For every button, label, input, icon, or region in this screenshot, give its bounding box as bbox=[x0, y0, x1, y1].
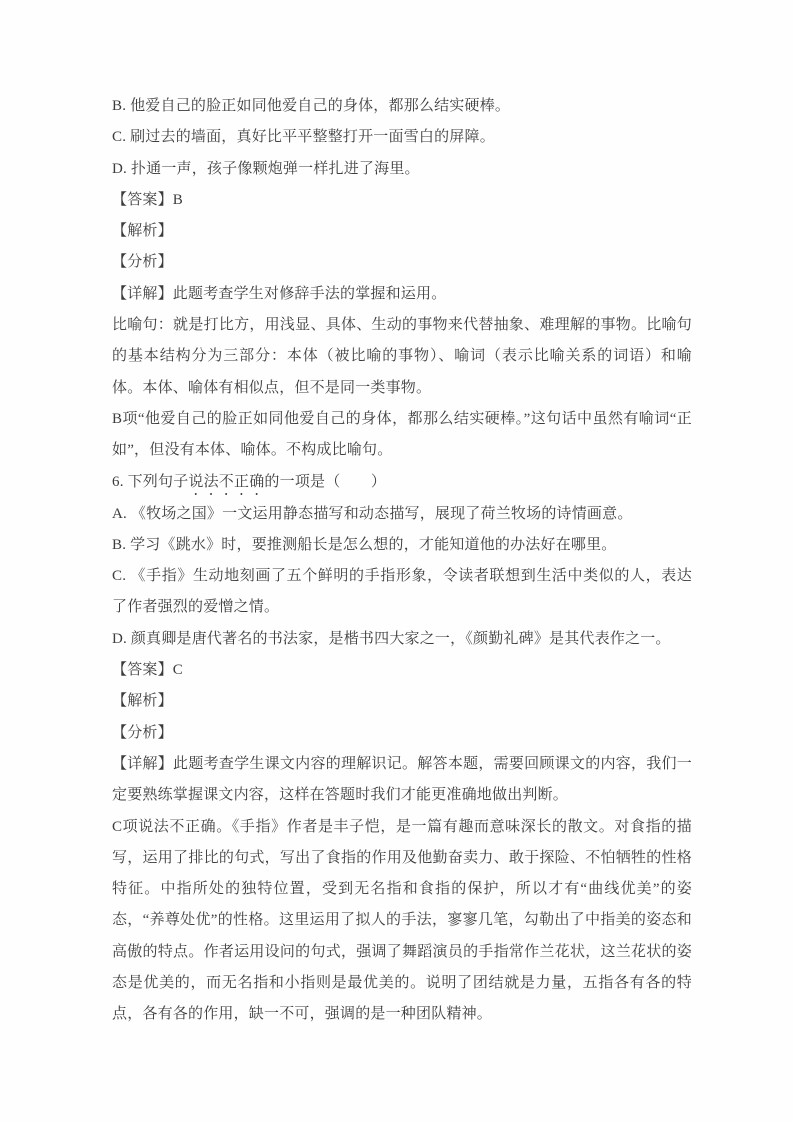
q5-fenxi-label: 【分析】 bbox=[112, 247, 692, 278]
q5-option-b: B. 他爱自己的脸正如同他爱自己的身体，都那么结实硬棒。 bbox=[112, 91, 692, 122]
q6-stem-emphasis: 说法不正确 bbox=[188, 474, 264, 490]
q6-stem-suffix: 的一项是（ ） bbox=[264, 474, 386, 490]
q6-stem: 6. 下列句子说法不正确的一项是（ ） bbox=[112, 467, 692, 499]
q6-c-analysis: C项说法不正确。《手指》作者是丰子恺，是一篇有趣而意味深长的散文。对食指的描写，… bbox=[112, 812, 692, 1031]
q6-option-d: D. 颜真卿是唐代著名的书法家，是楷书四大家之一，《颜勤礼碑》是其代表作之一。 bbox=[112, 624, 692, 655]
q5-jiexi-label: 【解析】 bbox=[112, 216, 692, 247]
q6-option-a: A. 《牧场之国》一文运用静态描写和动态描写，展现了荷兰牧场的诗情画意。 bbox=[112, 499, 692, 530]
q5-metaphor-note: 比喻句：就是打比方，用浅显、具体、生动的事物来代替抽象、难理解的事物。比喻句的基… bbox=[112, 310, 692, 404]
q5-option-c: C. 刷过去的墙面，真好比平平整整打开一面雪白的屏障。 bbox=[112, 122, 692, 153]
document-page: B. 他爱自己的脸正如同他爱自己的身体，都那么结实硬棒。 C. 刷过去的墙面，真… bbox=[0, 0, 793, 1122]
q6-fenxi-label: 【分析】 bbox=[112, 718, 692, 749]
q6-answer: 【答案】C bbox=[112, 655, 692, 686]
q5-answer: 【答案】B bbox=[112, 185, 692, 216]
q5-b-analysis: B项“他爱自己的脸正如同他爱自己的身体，都那么结实硬棒。”这句话中虽然有喻词“正… bbox=[112, 404, 692, 467]
q5-option-d: D. 扑通一声，孩子像颗炮弹一样扎进了海里。 bbox=[112, 154, 692, 185]
document-content: B. 他爱自己的脸正如同他爱自己的身体，都那么结实硬棒。 C. 刷过去的墙面，真… bbox=[112, 91, 692, 1031]
q6-option-b: B. 学习《跳水》时，要推测船长是怎么想的，才能知道他的办法好在哪里。 bbox=[112, 530, 692, 561]
q6-stem-prefix: 6. 下列句子 bbox=[112, 474, 188, 490]
q6-xiangjie: 【详解】此题考查学生课文内容的理解识记。解答本题，需要回顾课文的内容，我们一定要… bbox=[112, 749, 692, 812]
q6-option-c: C. 《手指》生动地刻画了五个鲜明的手指形象，令读者联想到生活中类似的人，表达了… bbox=[112, 561, 692, 624]
q5-xiangjie: 【详解】此题考查学生对修辞手法的掌握和运用。 bbox=[112, 279, 692, 310]
q6-jiexi-label: 【解析】 bbox=[112, 686, 692, 717]
